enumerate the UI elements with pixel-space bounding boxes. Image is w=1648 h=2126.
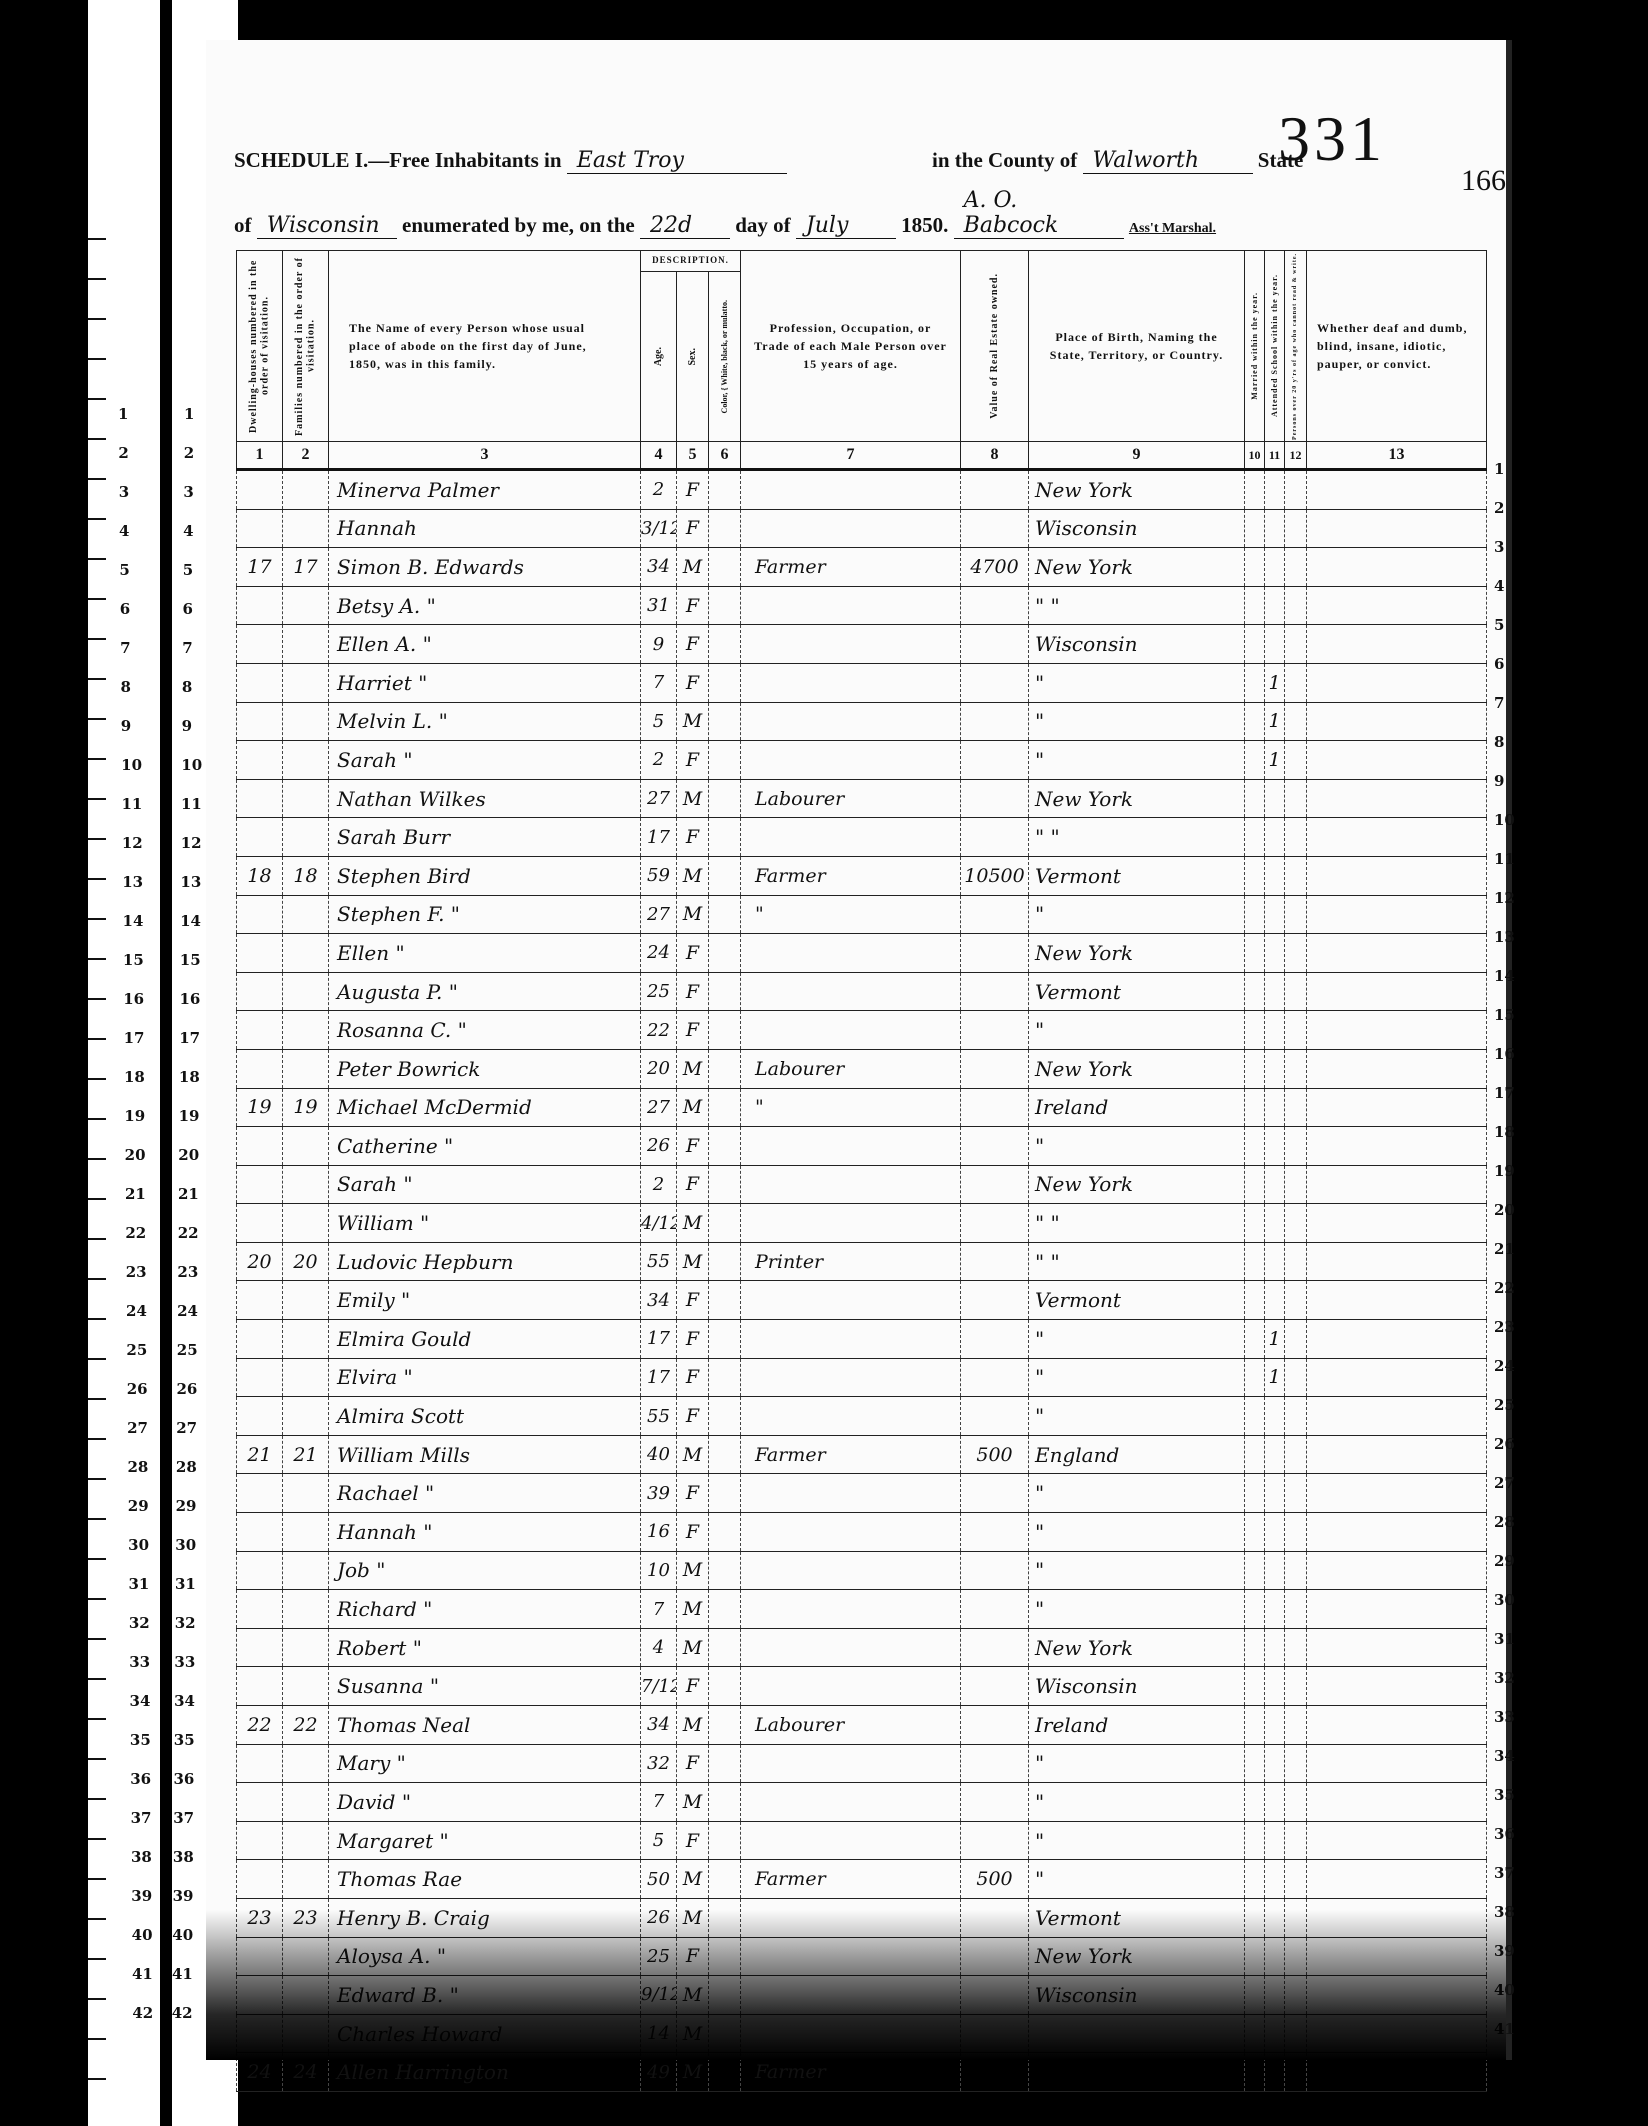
sex-cell: M: [677, 1204, 709, 1243]
table-row: Ellen "24FNew York: [237, 934, 1487, 973]
family-number-cell: [283, 1551, 329, 1590]
school-cell: [1265, 1049, 1285, 1088]
sex-cell: F: [677, 934, 709, 973]
person-name-cell: Catherine ": [329, 1127, 641, 1166]
sex-cell: F: [677, 1165, 709, 1204]
table-row: Sarah "2F"1: [237, 741, 1487, 780]
illiterate-cell: [1285, 779, 1307, 818]
sex-cell: F: [677, 1513, 709, 1552]
illiterate-cell: [1285, 1628, 1307, 1667]
condition-cell: [1307, 1281, 1487, 1320]
dwelling-number-cell: [237, 1011, 283, 1050]
occupation-cell: [741, 625, 961, 664]
color-cell: [709, 586, 741, 625]
person-name-cell: Henry B. Craig: [329, 1898, 641, 1937]
dwelling-number-cell: 20: [237, 1242, 283, 1281]
real-estate-cell: [961, 625, 1029, 664]
line-number-right: 20: [1494, 1201, 1524, 1219]
school-cell: [1265, 1898, 1285, 1937]
real-estate-cell: [961, 1590, 1029, 1629]
birthplace-cell: ": [1029, 741, 1245, 780]
school-cell: [1265, 895, 1285, 934]
dwelling-number-cell: [237, 702, 283, 741]
line-number-right: 7: [1494, 694, 1524, 712]
person-name-cell: Melvin L. ": [329, 702, 641, 741]
sex-cell: M: [677, 856, 709, 895]
col-header-name: The Name of every Person whose usual pla…: [329, 251, 641, 442]
line-number-right: 16: [1494, 1045, 1524, 1063]
occupation-cell: [741, 586, 961, 625]
line-number-left: 30: [175, 1536, 196, 1554]
sex-cell: M: [677, 548, 709, 587]
occupation-cell: [741, 2014, 961, 2053]
line-number-right: 34: [1494, 1747, 1524, 1765]
married-cell: [1245, 1976, 1265, 2015]
age-cell: 39: [641, 1474, 677, 1513]
previous-page-ruled-edge: [88, 200, 106, 2100]
real-estate-cell: [961, 586, 1029, 625]
age-cell: 27: [641, 1088, 677, 1127]
col-header-condition: Whether deaf and dumb, blind, insane, id…: [1307, 251, 1487, 442]
birthplace-cell: ": [1029, 1127, 1245, 1166]
line-number-right: 35: [1494, 1786, 1524, 1804]
condition-cell: [1307, 1706, 1487, 1745]
married-cell: [1245, 1937, 1265, 1976]
condition-cell: [1307, 586, 1487, 625]
previous-page-line-number: 30: [128, 1536, 149, 1554]
occupation-cell: [741, 470, 961, 510]
real-estate-cell: [961, 1706, 1029, 1745]
married-cell: [1245, 1435, 1265, 1474]
illiterate-cell: [1285, 548, 1307, 587]
person-name-cell: Stephen Bird: [329, 856, 641, 895]
illiterate-cell: [1285, 1551, 1307, 1590]
condition-cell: [1307, 741, 1487, 780]
line-number-right: 24: [1494, 1357, 1524, 1375]
illiterate-cell: [1285, 1127, 1307, 1166]
col-header-birthplace: Place of Birth, Naming the State, Territ…: [1029, 251, 1245, 442]
age-cell: 27: [641, 779, 677, 818]
sex-cell: M: [677, 1706, 709, 1745]
line-number-left: 25: [177, 1341, 198, 1359]
previous-page-line-number: 16: [123, 990, 144, 1008]
previous-page-line-number: 3: [119, 483, 129, 501]
illiterate-cell: [1285, 663, 1307, 702]
illiterate-cell: [1285, 1937, 1307, 1976]
previous-page-line-number: 8: [120, 678, 130, 696]
previous-page-line-number: 42: [132, 2004, 153, 2022]
col-num: 8: [961, 442, 1029, 470]
school-cell: [1265, 1937, 1285, 1976]
dwelling-number-cell: 24: [237, 2053, 283, 2092]
color-cell: [709, 1127, 741, 1166]
real-estate-cell: [961, 1281, 1029, 1320]
age-cell: 22: [641, 1011, 677, 1050]
age-cell: 32: [641, 1744, 677, 1783]
real-estate-cell: [961, 1165, 1029, 1204]
table-row: 1818Stephen Bird59MFarmer10500Vermont: [237, 856, 1487, 895]
birthplace-cell: Wisconsin: [1029, 625, 1245, 664]
birthplace-cell: " ": [1029, 1242, 1245, 1281]
school-cell: [1265, 1088, 1285, 1127]
school-cell: [1265, 934, 1285, 973]
illiterate-cell: [1285, 1281, 1307, 1320]
previous-page-line-number: 27: [127, 1419, 148, 1437]
sex-cell: F: [677, 586, 709, 625]
real-estate-cell: [961, 1397, 1029, 1436]
dwelling-number-cell: [237, 1744, 283, 1783]
dwelling-number-cell: [237, 1860, 283, 1899]
table-row: Sarah Burr17F" ": [237, 818, 1487, 857]
col-num: 13: [1307, 442, 1487, 470]
married-cell: [1245, 856, 1265, 895]
married-cell: [1245, 934, 1265, 973]
school-cell: [1265, 1744, 1285, 1783]
birthplace-cell: Ireland: [1029, 1088, 1245, 1127]
real-estate-cell: [961, 1513, 1029, 1552]
condition-cell: [1307, 1860, 1487, 1899]
previous-page-line-number: 32: [129, 1614, 150, 1632]
married-cell: [1245, 779, 1265, 818]
family-number-cell: [283, 1011, 329, 1050]
birthplace-cell: " ": [1029, 818, 1245, 857]
month-field: July: [796, 213, 896, 239]
dwelling-number-cell: [237, 1165, 283, 1204]
col-num: 6: [709, 442, 741, 470]
real-estate-cell: [961, 934, 1029, 973]
color-cell: [709, 1165, 741, 1204]
line-number-right: 15: [1494, 1006, 1524, 1024]
table-row: Richard "7M": [237, 1590, 1487, 1629]
real-estate-cell: [961, 1551, 1029, 1590]
previous-page-line-number: 12: [122, 834, 143, 852]
occupation-cell: Farmer: [741, 1860, 961, 1899]
age-cell: 27: [641, 895, 677, 934]
dwelling-number-cell: [237, 1976, 283, 2015]
previous-page-line-number: 5: [119, 561, 129, 579]
line-number-left: 38: [173, 1848, 194, 1866]
person-name-cell: Harriet ": [329, 663, 641, 702]
age-cell: 7: [641, 663, 677, 702]
sex-cell: F: [677, 1358, 709, 1397]
school-cell: [1265, 1551, 1285, 1590]
person-name-cell: Aloysa A. ": [329, 1937, 641, 1976]
illiterate-cell: [1285, 1397, 1307, 1436]
line-number-left: 16: [180, 990, 201, 1008]
family-number-cell: 19: [283, 1088, 329, 1127]
family-number-cell: 22: [283, 1706, 329, 1745]
line-number-right: 25: [1494, 1396, 1524, 1414]
birthplace-cell: ": [1029, 1551, 1245, 1590]
dwelling-number-cell: [237, 1397, 283, 1436]
col-num: 7: [741, 442, 961, 470]
birthplace-cell: ": [1029, 1513, 1245, 1552]
header-line-2: of Wisconsin enumerated by me, on the 22…: [234, 188, 1216, 239]
line-number-right: 6: [1494, 655, 1524, 673]
married-cell: [1245, 470, 1265, 510]
illiterate-cell: [1285, 1513, 1307, 1552]
illiterate-cell: [1285, 1667, 1307, 1706]
line-number-right: 19: [1494, 1162, 1524, 1180]
table-row: Rosanna C. "22F": [237, 1011, 1487, 1050]
birthplace-cell: ": [1029, 1397, 1245, 1436]
line-number-right: 37: [1494, 1864, 1524, 1882]
table-row: 1717Simon B. Edwards34MFarmer4700New Yor…: [237, 548, 1487, 587]
real-estate-cell: 10500: [961, 856, 1029, 895]
occupation-cell: [741, 741, 961, 780]
line-number-left: 39: [173, 1887, 194, 1905]
condition-cell: [1307, 1474, 1487, 1513]
color-cell: [709, 470, 741, 510]
color-cell: [709, 548, 741, 587]
age-cell: 40: [641, 1435, 677, 1474]
real-estate-cell: [961, 1667, 1029, 1706]
person-name-cell: Betsy A. ": [329, 586, 641, 625]
family-number-cell: 20: [283, 1242, 329, 1281]
dwelling-number-cell: [237, 2014, 283, 2053]
age-cell: 16: [641, 1513, 677, 1552]
condition-cell: [1307, 972, 1487, 1011]
person-name-cell: Elmira Gould: [329, 1320, 641, 1359]
line-number-left: 40: [172, 1926, 193, 1944]
school-cell: [1265, 1435, 1285, 1474]
school-cell: [1265, 1165, 1285, 1204]
condition-cell: [1307, 856, 1487, 895]
sex-cell: M: [677, 779, 709, 818]
family-number-cell: 23: [283, 1898, 329, 1937]
family-number-cell: [283, 934, 329, 973]
family-number-cell: [283, 741, 329, 780]
col-header-married: Married within the year.: [1245, 251, 1265, 442]
color-cell: [709, 1783, 741, 1822]
school-cell: [1265, 818, 1285, 857]
line-number-right: 1: [1494, 460, 1524, 478]
condition-cell: [1307, 1049, 1487, 1088]
person-name-cell: Hannah: [329, 509, 641, 548]
sex-cell: M: [677, 1976, 709, 2015]
col-header-real-estate: Value of Real Estate owned.: [961, 251, 1029, 442]
line-number-right: 22: [1494, 1279, 1524, 1297]
sex-cell: M: [677, 1088, 709, 1127]
age-cell: 5: [641, 702, 677, 741]
family-number-cell: [283, 586, 329, 625]
line-number-right: 14: [1494, 967, 1524, 985]
line-number-right: 28: [1494, 1513, 1524, 1531]
family-number-cell: [283, 1397, 329, 1436]
color-cell: [709, 1397, 741, 1436]
age-cell: 20: [641, 1049, 677, 1088]
page-stamp: 166: [1461, 164, 1506, 198]
family-number-cell: [283, 1204, 329, 1243]
sex-cell: M: [677, 702, 709, 741]
school-cell: [1265, 586, 1285, 625]
line-number-left: 36: [174, 1770, 195, 1788]
school-cell: [1265, 2014, 1285, 2053]
table-row: Nathan Wilkes27MLabourerNew York: [237, 779, 1487, 818]
dwelling-number-cell: [237, 1590, 283, 1629]
illiterate-cell: [1285, 1049, 1307, 1088]
illiterate-cell: [1285, 1320, 1307, 1359]
dwelling-number-cell: 22: [237, 1706, 283, 1745]
real-estate-cell: [961, 1049, 1029, 1088]
line-number-left: 19: [179, 1107, 200, 1125]
birthplace-cell: Vermont: [1029, 972, 1245, 1011]
real-estate-cell: [961, 1937, 1029, 1976]
condition-cell: [1307, 1165, 1487, 1204]
birthplace-cell: Wisconsin: [1029, 509, 1245, 548]
illiterate-cell: [1285, 1590, 1307, 1629]
real-estate-cell: [961, 1320, 1029, 1359]
color-cell: [709, 509, 741, 548]
line-number-left: 18: [179, 1068, 200, 1086]
birthplace-cell: England: [1029, 1435, 1245, 1474]
sex-cell: F: [677, 1397, 709, 1436]
married-cell: [1245, 586, 1265, 625]
previous-page-line-number: 2: [118, 444, 128, 462]
line-number-right: 3: [1494, 538, 1524, 556]
color-cell: [709, 1628, 741, 1667]
age-cell: 26: [641, 1127, 677, 1166]
table-row: Aloysa A. "25FNew York: [237, 1937, 1487, 1976]
color-cell: [709, 1976, 741, 2015]
color-cell: [709, 2053, 741, 2092]
birthplace-cell: ": [1029, 702, 1245, 741]
married-cell: [1245, 1590, 1265, 1629]
birthplace-cell: ": [1029, 1821, 1245, 1860]
col-num: 9: [1029, 442, 1245, 470]
dwelling-number-cell: [237, 1628, 283, 1667]
real-estate-cell: [961, 1127, 1029, 1166]
previous-page-line-number: 11: [122, 795, 143, 813]
family-number-cell: [283, 702, 329, 741]
occupation-cell: [741, 1474, 961, 1513]
color-cell: [709, 1435, 741, 1474]
line-number-left: 41: [172, 1965, 193, 1983]
illiterate-cell: [1285, 741, 1307, 780]
occupation-cell: Labourer: [741, 779, 961, 818]
line-number-right: 10: [1494, 811, 1524, 829]
line-number-right: 17: [1494, 1084, 1524, 1102]
illiterate-cell: [1285, 1358, 1307, 1397]
previous-page-line-number: 37: [131, 1809, 152, 1827]
condition-cell: [1307, 702, 1487, 741]
line-number-left: 9: [182, 717, 192, 735]
table-row: Hannah "16F": [237, 1513, 1487, 1552]
birthplace-cell: New York: [1029, 1937, 1245, 1976]
condition-cell: [1307, 818, 1487, 857]
line-number-left: 37: [173, 1809, 194, 1827]
age-cell: 25: [641, 972, 677, 1011]
col-num: 3: [329, 442, 641, 470]
marshal-signature: A. O. Babcock: [954, 188, 1124, 239]
line-number-left: 28: [176, 1458, 197, 1476]
table-row: Thomas Rae50MFarmer500": [237, 1860, 1487, 1899]
color-cell: [709, 779, 741, 818]
school-cell: [1265, 1513, 1285, 1552]
person-name-cell: Sarah ": [329, 741, 641, 780]
color-cell: [709, 972, 741, 1011]
family-number-cell: [283, 1976, 329, 2015]
table-row: Robert "4MNew York: [237, 1628, 1487, 1667]
previous-page-line-number: 13: [122, 873, 143, 891]
school-cell: 1: [1265, 1358, 1285, 1397]
person-name-cell: Susanna ": [329, 1667, 641, 1706]
school-cell: [1265, 1474, 1285, 1513]
married-cell: [1245, 1513, 1265, 1552]
line-number-left: 10: [181, 756, 202, 774]
illiterate-cell: [1285, 1821, 1307, 1860]
table-row: Sarah "2FNew York: [237, 1165, 1487, 1204]
illiterate-cell: [1285, 470, 1307, 510]
previous-page-line-number: 39: [131, 1887, 152, 1905]
illiterate-cell: [1285, 1165, 1307, 1204]
line-number-left: 13: [180, 873, 201, 891]
line-number-left: 11: [181, 795, 202, 813]
line-number-right: 13: [1494, 928, 1524, 946]
previous-page-line-number: 6: [120, 600, 130, 618]
age-cell: 17: [641, 1320, 677, 1359]
table-row: Catherine "26F": [237, 1127, 1487, 1166]
sex-cell: M: [677, 1628, 709, 1667]
birthplace-cell: New York: [1029, 934, 1245, 973]
family-number-cell: [283, 1628, 329, 1667]
condition-cell: [1307, 1744, 1487, 1783]
occupation-cell: [741, 1011, 961, 1050]
married-cell: [1245, 1320, 1265, 1359]
school-cell: [1265, 1127, 1285, 1166]
previous-page-line-number: 19: [124, 1107, 145, 1125]
family-number-cell: [283, 1783, 329, 1822]
occupation-cell: ": [741, 1088, 961, 1127]
occupation-cell: [741, 1551, 961, 1590]
birthplace-cell: ": [1029, 1011, 1245, 1050]
occupation-cell: [741, 1898, 961, 1937]
color-cell: [709, 741, 741, 780]
year-label: 1850.: [901, 213, 948, 237]
person-name-cell: Augusta P. ": [329, 972, 641, 1011]
previous-page-line-number: 17: [124, 1029, 145, 1047]
occupation-cell: [741, 1744, 961, 1783]
occupation-cell: [741, 934, 961, 973]
occupation-cell: [741, 1590, 961, 1629]
table-row: Harriet "7F"1: [237, 663, 1487, 702]
column-number-row: 1 2 3 4 5 6 7 8 9 10 11 12 13: [237, 442, 1487, 470]
previous-page-line-number: 26: [127, 1380, 148, 1398]
dwelling-number-cell: [237, 1667, 283, 1706]
previous-page-line-number: 10: [121, 756, 142, 774]
occupation-cell: Farmer: [741, 548, 961, 587]
col-header-illiterate: Persons over 20 y'rs of age who cannot r…: [1285, 251, 1307, 442]
school-cell: [1265, 625, 1285, 664]
family-number-cell: [283, 1474, 329, 1513]
occupation-cell: [741, 1127, 961, 1166]
person-name-cell: Ludovic Hepburn: [329, 1242, 641, 1281]
age-cell: 25: [641, 1937, 677, 1976]
condition-cell: [1307, 1435, 1487, 1474]
table-row: Ellen A. "9FWisconsin: [237, 625, 1487, 664]
age-cell: 5: [641, 1821, 677, 1860]
age-cell: 59: [641, 856, 677, 895]
school-cell: [1265, 2053, 1285, 2092]
previous-page-line-number: 28: [127, 1458, 148, 1476]
sex-cell: F: [677, 663, 709, 702]
sex-cell: F: [677, 1320, 709, 1359]
dwelling-number-cell: [237, 625, 283, 664]
sex-cell: F: [677, 1127, 709, 1166]
occupation-cell: Printer: [741, 1242, 961, 1281]
dwelling-number-cell: 21: [237, 1435, 283, 1474]
sex-cell: M: [677, 1551, 709, 1590]
